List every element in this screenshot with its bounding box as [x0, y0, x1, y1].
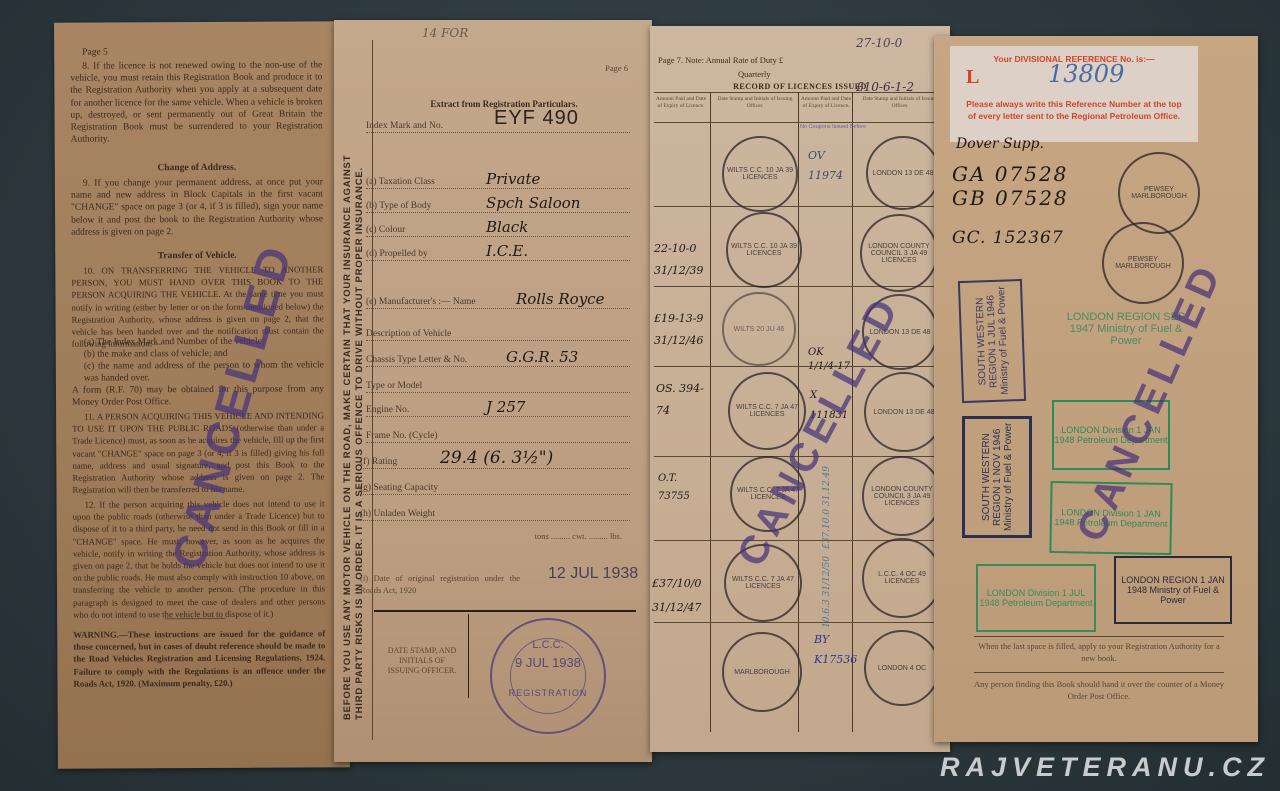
page-6-label: Page 6: [605, 62, 628, 74]
field-label: (b) Type of Body: [366, 201, 431, 211]
field-label: Type or Model: [366, 381, 422, 391]
reference-number: 13809: [1048, 60, 1124, 88]
duty-note-1: 27-10-0: [856, 36, 902, 50]
frame-no-field: Frame No. (Cycle): [366, 426, 630, 443]
entry-left-3: OS. 394-74: [656, 378, 706, 422]
page-6-registration-particulars: BEFORE YOU USE ANY MOTOR VEHICLE ON THE …: [334, 20, 652, 762]
london-region-stamp-jan-1948: LONDON REGION 1 JAN 1948 Ministry of Fue…: [1114, 556, 1232, 624]
propelled-by-field: (d) Propelled byI.C.E.: [366, 244, 630, 261]
insurance-warning-line-2: THIRD PARTY RISKS IS IN ORDER. IT IS A S…: [354, 60, 366, 720]
found-book-instruction: Any person finding this Book should hand…: [974, 678, 1224, 702]
col-header-1: Amount Paid and Date of Expiry of Licenc…: [654, 96, 708, 110]
handwritten-coupon-gc: GC. 152367: [952, 228, 1064, 248]
field-label: (e) Manufacturer's :— Name: [366, 297, 476, 307]
handwritten-note-1: Dover Supp.: [956, 136, 1044, 152]
field-label: Chassis Type Letter & No.: [366, 355, 467, 365]
pewsey-postmark: PEWSEY MARLBOROUGH: [1118, 152, 1200, 234]
field-value: J 257: [486, 398, 525, 416]
taxation-class-field: (a) Taxation ClassPrivate: [366, 172, 630, 189]
stamp-text: SOUTH WESTERN REGION 1 JUL 1946 Ministry…: [973, 281, 1010, 400]
index-mark-label: Index Mark and No.: [366, 121, 443, 131]
stamp-text: WILTS C.C. 7 JA 47 LICENCES: [726, 576, 800, 590]
field-value: Black: [486, 218, 528, 236]
insurance-warning-line-1: BEFORE YOU USE ANY MOTOR VEHICLE ON THE …: [342, 60, 354, 720]
field-label: (c) Colour: [366, 225, 405, 235]
index-mark-value: EYF 490: [494, 107, 579, 130]
column-divider: [468, 614, 469, 698]
weight-units: tons ......... cwt. ......... lbs.: [402, 530, 622, 542]
petroleum-stamp-jul-1948: LONDON Division 1 JUL 1948 Petroleum Dep…: [976, 564, 1096, 632]
postmark-stamp: MARLBOROUGH: [722, 632, 802, 712]
stamp-text: LONDON 13 DE 48: [873, 409, 934, 416]
field-label: (f) Rating: [360, 457, 397, 467]
field-label: (h) Unladen Weight: [360, 509, 435, 519]
lcc-registration-stamp: L.C.C. 9 JUL 1938 REGISTRATION: [490, 618, 606, 734]
page-8-petrol-coupons: Your DIVISIONAL REFERENCE No. is:— L 138…: [934, 36, 1258, 742]
field-label: (a) Taxation Class: [366, 177, 435, 187]
stamp-inner-ring: [510, 638, 586, 714]
stamp-text: WILTS C.C. 7 JA 47 LICENCES: [730, 404, 804, 418]
entry-left-1: 22-10-0 31/12/39: [654, 238, 710, 282]
field-value: Rolls Royce: [516, 290, 604, 308]
entry-left-4: O.T. 73755: [658, 470, 708, 506]
header-rule: [654, 122, 946, 123]
reference-prefix: L: [966, 66, 979, 89]
handwritten-coupon-ga: GA 07528: [952, 162, 1068, 186]
para-8: 8. If the licence is not renewed owing t…: [70, 59, 322, 146]
ministry-stamp-nov-1946: SOUTH WESTERN REGION 1 NOV 1946 Ministry…: [962, 416, 1032, 538]
para-9: 9. If you change your permanent address,…: [71, 176, 323, 238]
description-field: Description of Vehicle: [366, 324, 630, 341]
stamp-text: WILTS C.C. 10 JA 39 LICENCES: [724, 167, 796, 181]
entry-left-2: £19-13-9 31/12/46: [654, 308, 710, 352]
new-book-instruction: When the last space is filled, apply to …: [974, 640, 1224, 664]
heading-change-of-address: Change of Address.: [71, 161, 323, 175]
postmark-stamp: LONDON COUNTY COUNCIL 3 JA 49 LICENCES: [860, 214, 938, 292]
col-header-2: Date Stamp and Initials of Issuing Offic…: [714, 96, 796, 110]
col-header-4: Date Stamp and Initials of Issuing Offic…: [856, 96, 944, 110]
entry-right-4: £37.10.0 31.12.49: [822, 466, 846, 549]
row-rule: [654, 622, 946, 623]
original-registration-label: (i) Date of original registration under …: [360, 572, 520, 596]
manufacturer-field: (e) Manufacturer's :— NameRolls Royce: [366, 292, 630, 309]
field-label: Description of Vehicle: [366, 329, 451, 339]
page-5-instructions: Page 5 8. If the licence is not renewed …: [54, 21, 350, 769]
field-label: (g) Seating Capacity: [360, 483, 438, 493]
entry-right-1: OV 11974: [808, 146, 852, 186]
para-10-form: A form (R.F. 70) may be obtained for thi…: [72, 383, 324, 409]
entry-right-6: BY K17536: [814, 630, 854, 670]
stamp-text: LONDON 13 DE 48: [872, 170, 933, 177]
col-rule-1: [710, 92, 711, 732]
postmark-stamp: L.C.C. 4 OC 49 LICENCES: [862, 538, 942, 618]
seating-capacity-field: (g) Seating Capacity: [360, 478, 630, 495]
page-5-label: Page 5: [82, 45, 318, 58]
stamp-text: WILTS 20 JU 46: [734, 326, 785, 333]
postmark-stamp: WILTS 20 JU 46: [722, 292, 796, 366]
handwritten-coupon-gb: GB 07528: [952, 186, 1069, 210]
stamp-text: LONDON 4 OC: [878, 665, 926, 672]
para-10-item-c: (c) the name and address of the person t…: [84, 359, 324, 385]
model-field: Type or Model: [366, 376, 630, 393]
stamp-text: LONDON COUNTY COUNCIL 3 JA 49 LICENCES: [862, 243, 936, 264]
field-value: Spch Saloon: [486, 194, 580, 212]
body-type-field: (b) Type of BodySpch Saloon: [366, 196, 630, 213]
pencil-note: 14 FOR: [422, 26, 468, 40]
stamp-text: LONDON REGION 1 JAN 1948 Ministry of Fue…: [1116, 575, 1230, 605]
original-registration-date: 12 JUL 1938: [548, 565, 638, 583]
divisional-reference-label: Your DIVISIONAL REFERENCE No. is:— L 138…: [950, 46, 1198, 142]
postmark-stamp: LONDON COUNTY COUNCIL 3 JA 49 LICENCES: [862, 456, 942, 536]
col-header-3: Amount Paid and Date of Expiry of Licenc…: [800, 96, 852, 110]
field-label: (d) Propelled by: [366, 249, 428, 259]
stamp-text: LONDON Division 1 JUL 1948 Petroleum Dep…: [978, 588, 1094, 608]
field-label: Engine No.: [366, 405, 409, 415]
entry-right-5: 10.6.3 31/12/50: [822, 556, 846, 628]
rating-field: (f) Rating29.4 (6. 3½"): [360, 452, 630, 469]
field-value: G.G.R. 53: [506, 348, 578, 366]
pewsey-postmark: PEWSEY MARLBOROUGH: [1102, 222, 1184, 304]
footer-divider-2: [974, 672, 1224, 673]
postmark-stamp: LONDON 13 DE 48: [866, 136, 940, 210]
footer-divider-1: [974, 636, 1224, 637]
unladen-weight-field: (h) Unladen Weight: [360, 504, 630, 521]
ministry-stamp-jul-1946: SOUTH WESTERN REGION 1 JUL 1946 Ministry…: [958, 279, 1026, 403]
field-value: 29.4 (6. 3½"): [440, 448, 553, 468]
table-top-rule: [654, 92, 946, 93]
field-value: I.C.E.: [486, 242, 528, 260]
chassis-field: Chassis Type Letter & No.G.G.R. 53: [366, 350, 630, 367]
issuing-officer-label: DATE STAMP, AND INITIALS OF ISSUING OFFI…: [384, 646, 460, 676]
stamp-text: MARLBOROUGH: [734, 669, 790, 676]
postmark-stamp: LONDON 13 DE 48: [864, 372, 944, 452]
purple-note: No Coupons Issued Before: [800, 124, 866, 130]
insurance-warning-vertical: BEFORE YOU USE ANY MOTOR VEHICLE ON THE …: [342, 60, 368, 720]
duty-header: Page 7. Note: Annual Rate of Duty £: [658, 54, 858, 66]
postmark-stamp: WILTS C.C. 10 JA 39 LICENCES: [726, 212, 802, 288]
reference-instructions: Please always write this Reference Numbe…: [964, 98, 1184, 122]
section-divider: [374, 610, 636, 612]
stamp-text: PEWSEY MARLBOROUGH: [1104, 256, 1182, 270]
stamp-text: WILTS C.C. 10 JA 39 LICENCES: [728, 243, 800, 257]
site-watermark: RAJVETERANU.CZ: [940, 752, 1270, 783]
stamp-text: PEWSEY MARLBOROUGH: [1120, 186, 1198, 200]
engine-no-field: Engine No.J 257: [366, 400, 630, 417]
index-mark-field: Index Mark and No. EYF 490: [366, 116, 630, 133]
entry-left-5: £37/10/0 31/12/47: [652, 572, 710, 620]
warning-text: WARNING.—These instructions are issued f…: [73, 627, 325, 689]
postmark-stamp: WILTS C.C. 10 JA 39 LICENCES: [722, 136, 798, 212]
colour-field: (c) ColourBlack: [366, 220, 630, 237]
postmark-stamp: LONDON 4 OC: [864, 630, 940, 706]
stamp-text: L.C.C. 4 OC 49 LICENCES: [864, 571, 940, 585]
field-label: Frame No. (Cycle): [366, 431, 438, 441]
field-value: Private: [486, 170, 540, 188]
quarterly-label: Quarterly: [738, 68, 818, 80]
page-7-record-of-licences: Page 7. Note: Annual Rate of Duty £ Quar…: [650, 26, 950, 752]
stamp-text: SOUTH WESTERN REGION 1 NOV 1946 Ministry…: [981, 419, 1014, 535]
stamp-text: LONDON COUNTY COUNCIL 3 JA 49 LICENCES: [864, 486, 940, 507]
